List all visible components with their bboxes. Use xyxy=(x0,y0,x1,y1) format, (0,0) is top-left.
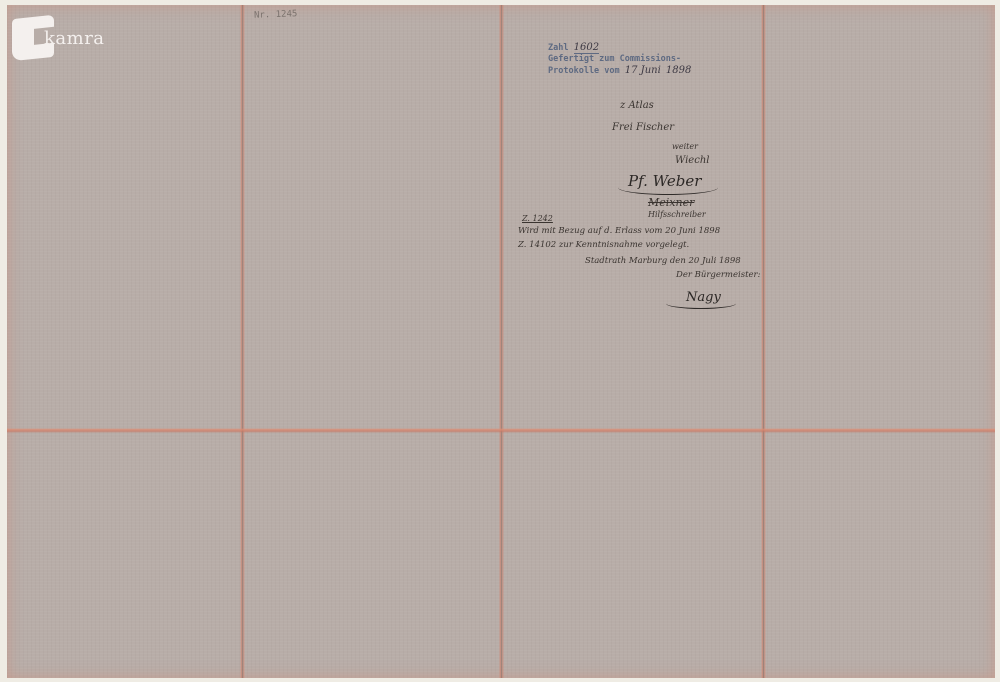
vertical-fold-line xyxy=(240,5,245,678)
vertical-fold-line xyxy=(499,5,504,678)
stamp-zahl-value: 1602 xyxy=(574,42,599,54)
stamp-protocol-year: 1898 xyxy=(666,65,691,76)
signature-line-6: Meixner xyxy=(648,196,694,209)
document-sheet xyxy=(7,5,995,678)
stamp-protocol-date: 17 Juni xyxy=(625,65,661,76)
stamp-protocol-label: Protokolle vom xyxy=(548,66,620,76)
stamp-line2: Gefertigt zum Commissions- xyxy=(548,54,691,65)
vertical-fold-line xyxy=(761,5,766,678)
kamra-watermark: kamra xyxy=(12,16,105,60)
signature-line-7: Hilfsschreiber xyxy=(648,210,706,219)
annotation-ref: Z. 1242 xyxy=(522,214,553,223)
horizontal-fold-line xyxy=(7,428,995,433)
signature-flourish xyxy=(618,180,718,195)
pencil-inventory-note: Nr. 1245 xyxy=(254,9,298,21)
signature-line-1: z Atlas xyxy=(620,100,654,111)
signature-line-3: weiter xyxy=(672,142,698,151)
annotation-line-3: Stadtrath Marburg den 20 Juli 1898 xyxy=(585,256,741,266)
signature-line-2: Frei Fischer xyxy=(612,122,674,133)
registry-stamp: Zahl 1602 Gefertigt zum Commissions- Pro… xyxy=(548,42,691,77)
annotation-line-1: Wird mit Bezug auf d. Erlass vom 20 Juni… xyxy=(518,226,720,236)
stamp-zahl-label: Zahl xyxy=(548,43,568,53)
annotation-line-2: Z. 14102 zur Kenntnisnahme vorgelegt. xyxy=(518,240,689,250)
signature-line-4: Wiechl xyxy=(675,155,709,166)
annotation-line-4: Der Bürgermeister: xyxy=(676,270,760,280)
watermark-text: kamra xyxy=(44,28,105,49)
annotation-signature-flourish xyxy=(666,298,736,309)
